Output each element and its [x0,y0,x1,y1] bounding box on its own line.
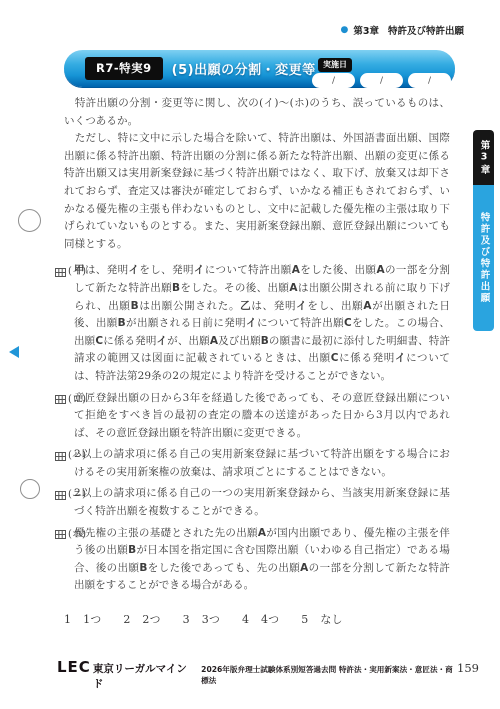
choice-label: なし [320,611,342,629]
item-text: 甲は、発明イをし、発明イについて特許出願Aをした後、出願Aの一部を分割して新たな… [74,264,450,382]
page-footer: LEC 東京リーガルマインド 2026年版弁理士試験体系別短答過去問 特許法・実… [57,660,481,691]
question-title: (5)出願の分割・変更等 [172,59,316,78]
question-proviso-paragraph: ただし、特に文中に示した場合を除いて、特許出願は、外国語書面出願、国際出願に係る… [64,130,450,253]
exam-page: ● 第3章 特許及び特許出願 R7-特実9 (5)出願の分割・変更等 実施日 /… [0,0,500,709]
item-label-text: (ホ) [68,526,86,544]
date-slot: / [360,73,403,88]
answer-choices: 1 1つ 2 2つ 3 3つ 4 4つ 5 なし [64,611,450,629]
page-edge-triangle-icon [9,346,19,358]
chapter-title: 特許及び特許出願 [388,23,464,37]
date-slot: / [408,73,451,88]
choice-number: 5 [301,611,308,629]
chapter-header: ● 第3章 特許及び特許出願 [341,23,465,37]
question-intro-paragraph: 特許出願の分割・変更等に関し、次の(イ)～(ホ)のうち、誤っているものは、いくつ… [64,95,450,130]
item-text: 優先権の主張の基礎とされた先の出願Aが国内出願であり、優先権の主張を伴う後の出願… [74,527,450,592]
question-item-ro: (ロ) 意匠登録出願の日から3年を経過した後であっても、その意匠登録出願について… [74,390,450,443]
chapter-bullet-icon: ● [341,26,349,35]
item-label-text: (イ) [68,263,86,281]
book-series-title: 2026年版弁理士試験体系別短答過去問 特許法・実用新案法・意匠法・商標法 [201,664,457,686]
check-grid-icon [55,491,66,500]
exec-date-label: 実施日 [318,58,352,72]
item-label: (ホ) [55,526,86,544]
question-item-i: (イ) 甲は、発明イをし、発明イについて特許出願Aをした後、出願Aの一部を分割し… [74,262,450,385]
item-label: (ハ) [55,447,86,465]
page-number: 159 [457,661,479,675]
item-label: (ロ) [55,391,86,409]
item-text: 2以上の請求項に係る自己の一つの実用新案登録から、当該実用新案登録に基づく特許出… [74,487,450,517]
publisher-name: 東京リーガルマインド [93,661,193,691]
choice-label: 3つ [202,611,220,629]
check-grid-icon [55,530,66,539]
exec-date-block: 実施日 / / / [312,52,452,88]
question-item-ni: (ニ) 2以上の請求項に係る自己の一つの実用新案登録から、当該実用新案登録に基づ… [74,485,450,520]
choice-label: 4つ [261,611,279,629]
check-grid-icon [55,268,66,277]
check-grid-icon [55,395,66,404]
side-tab-section: 特許及び特許出願 [473,185,494,331]
exec-date-slots: / / / [312,73,452,88]
question-id-badge: R7-特実9 [85,57,163,80]
choice-number: 2 [123,611,130,629]
punch-hole-mark [18,209,41,232]
choice-number: 1 [64,611,71,629]
item-text: 2以上の請求項に係る自己の実用新案登録に基づいて特許出願をする場合におけるその実… [74,448,450,478]
item-label: (ニ) [55,486,86,504]
date-slot: / [312,73,355,88]
question-header-bar: R7-特実9 (5)出願の分割・変更等 実施日 / / / [64,50,455,87]
choice-number: 3 [183,611,190,629]
chapter-number: 第3章 [353,23,379,37]
choice-number: 4 [242,611,249,629]
check-grid-icon [55,452,66,461]
item-label-text: (ハ) [68,447,86,465]
choice-label: 1つ [83,611,101,629]
question-items: (イ) 甲は、発明イをし、発明イについて特許出願Aをした後、出願Aの一部を分割し… [64,262,450,595]
choice-2: 2 2つ [123,611,160,629]
lec-logo: LEC [57,660,91,675]
choice-1: 1 1つ [64,611,101,629]
item-label-text: (ロ) [68,391,86,409]
question-item-ho: (ホ) 優先権の主張の基礎とされた先の出願Aが国内出願であり、優先権の主張を伴う… [74,525,450,595]
item-label-text: (ニ) [68,486,86,504]
item-label: (イ) [55,263,86,281]
chapter-side-tab: 第3章 特許及び特許出願 [473,130,494,331]
punch-hole-mark [20,479,40,499]
choice-3: 3 3つ [183,611,220,629]
choice-label: 2つ [142,611,160,629]
side-tab-chapter: 第3章 [473,130,494,185]
question-item-ha: (ハ) 2以上の請求項に係る自己の実用新案登録に基づいて特許出願をする場合におけ… [74,446,450,481]
choice-5: 5 なし [301,611,342,629]
question-body: 特許出願の分割・変更等に関し、次の(イ)～(ホ)のうち、誤っているものは、いくつ… [64,95,450,629]
item-text: 意匠登録出願の日から3年を経過した後であっても、その意匠登録出願について拒絶をす… [74,392,450,439]
choice-4: 4 4つ [242,611,279,629]
